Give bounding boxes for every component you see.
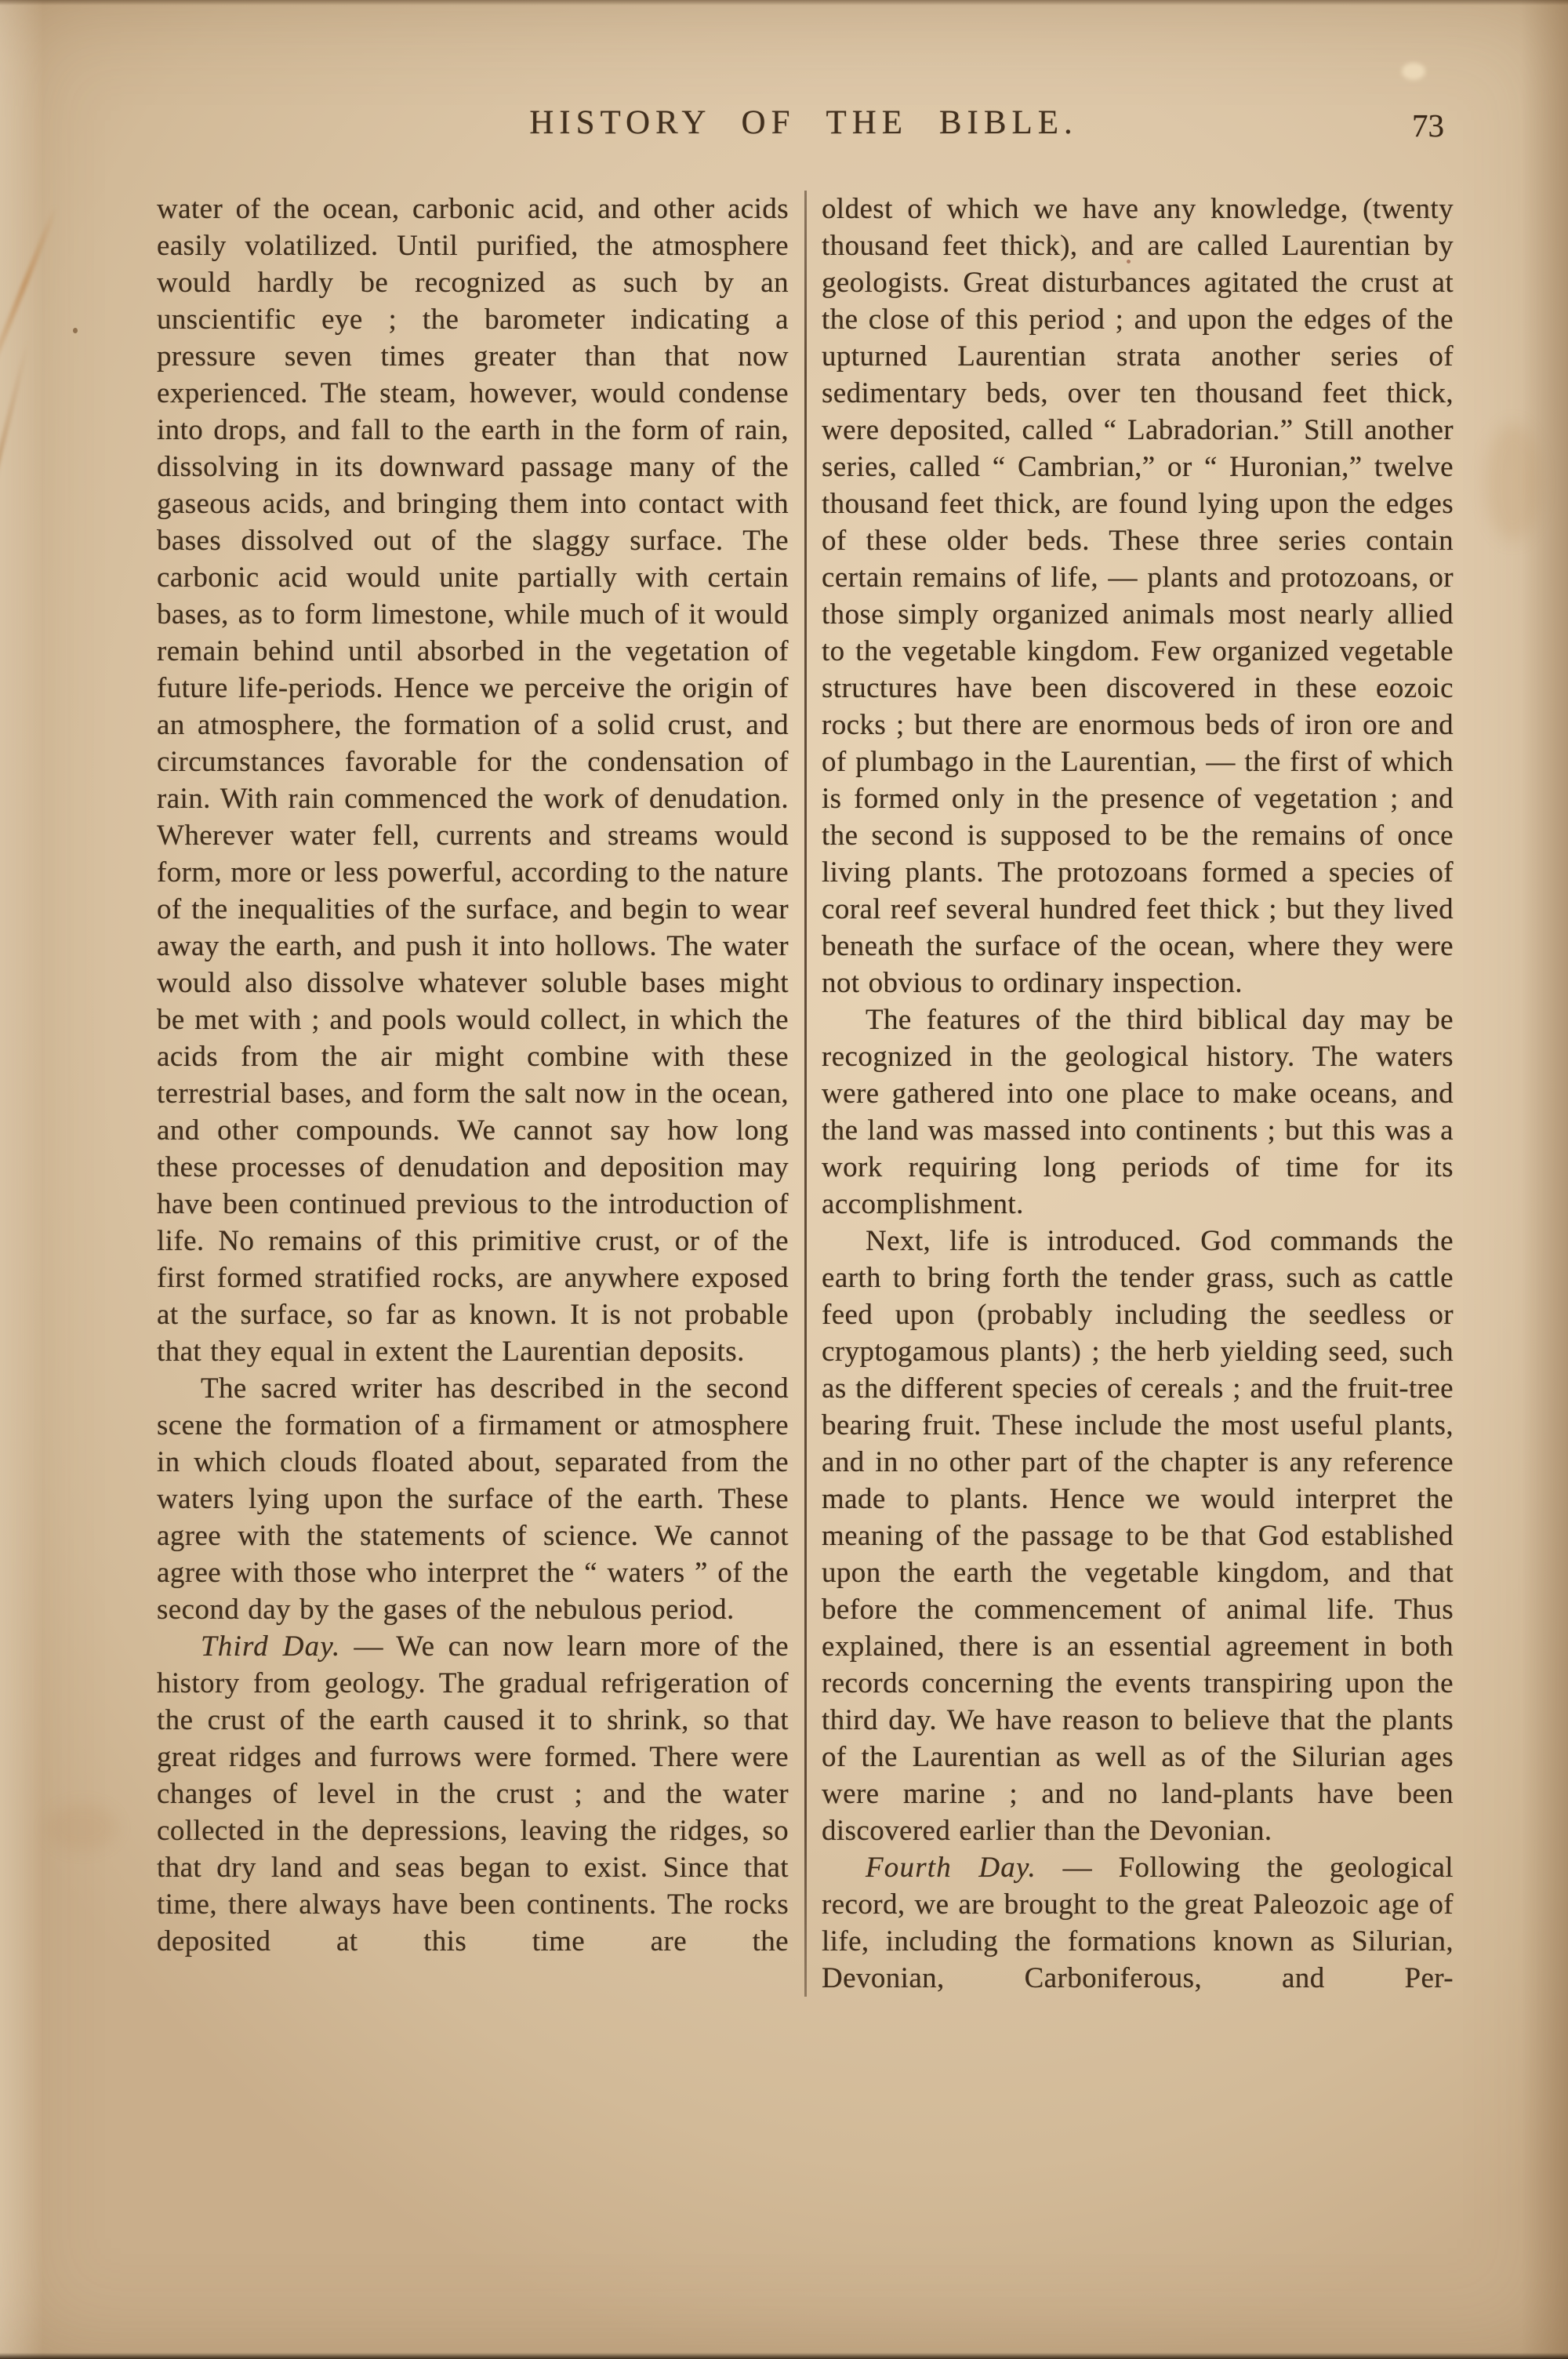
column-right: oldest of which we have any knowledge, (…: [822, 191, 1454, 1997]
paragraph: Fourth Day. — Following the geological r…: [822, 1849, 1454, 1997]
paper-crease-artifact: [0, 205, 59, 403]
paper-speck: [73, 328, 78, 333]
paragraph-lead-italic: Fourth Day.: [866, 1852, 1036, 1884]
paragraph: Third Day. — We can now learn more of th…: [157, 1628, 789, 1960]
paragraph-lead-italic: Third Day.: [201, 1630, 340, 1663]
paper-stain: [1486, 423, 1541, 541]
paragraph: The sacred writer has described in the s…: [157, 1370, 789, 1628]
paragraph: water of the ocean, carbonic acid, and o…: [157, 191, 789, 1370]
book-page-scan: HISTORY OF THE BIBLE. 73 water of the oc…: [0, 0, 1568, 2359]
page-title: HISTORY OF THE BIBLE.: [157, 102, 1450, 144]
paragraph: oldest of which we have any knowledge, (…: [822, 191, 1454, 1001]
paragraph: The features of the third biblical day m…: [822, 1001, 1454, 1223]
column-left: water of the ocean, carbonic acid, and o…: [157, 191, 789, 1997]
column-divider-rule: [804, 191, 807, 1997]
paper-crease-artifact: [0, 340, 31, 585]
paper-stain: [47, 1804, 118, 1851]
paper-light-spot: [1402, 63, 1425, 80]
running-header: HISTORY OF THE BIBLE.: [157, 102, 1450, 149]
paragraph: Next, life is introduced. God commands t…: [822, 1223, 1454, 1849]
text-block: water of the ocean, carbonic acid, and o…: [157, 191, 1454, 1997]
page-number: 73: [1412, 107, 1444, 144]
